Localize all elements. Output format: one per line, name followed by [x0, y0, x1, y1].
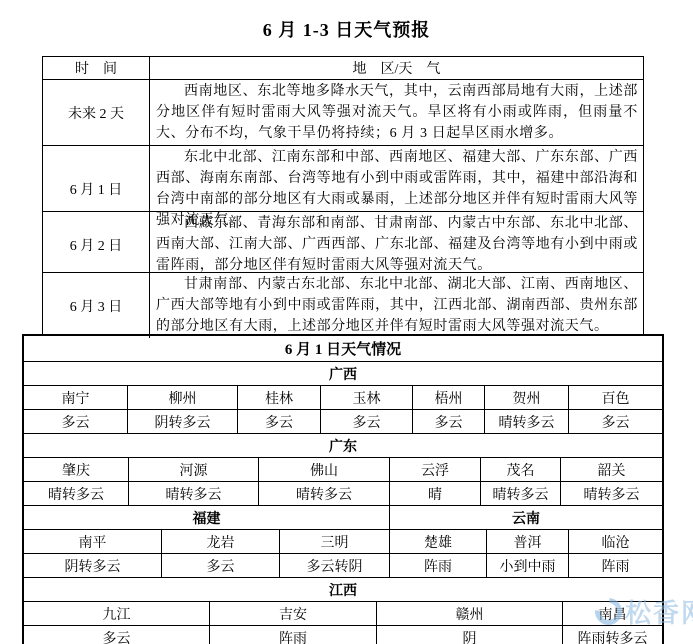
city-cell: 普洱 — [486, 530, 568, 553]
city-cell: 赣州 — [376, 602, 562, 625]
weather-cell: 多云 — [412, 410, 484, 433]
conditions-table: 6 月 1 日天气情况 广西 南宁 柳州 桂林 玉林 梧州 贺州 百色 多云 阴… — [22, 334, 664, 644]
forecast-description: 西南地区、东北等地多降水天气，其中，云南西部局地有大雨，上述部分地区伴有短时雷雨… — [149, 80, 643, 145]
city-cell: 龙岩 — [161, 530, 279, 553]
city-cell: 肇庆 — [24, 458, 128, 481]
conditions-table-title: 6 月 1 日天气情况 — [24, 336, 662, 361]
weather-cell: 阵雨转多云 — [562, 626, 662, 644]
weather-cell: 阵雨 — [568, 554, 662, 577]
city-row-guangxi: 南宁 柳州 桂林 玉林 梧州 贺州 百色 — [24, 385, 662, 409]
city-cell: 茂名 — [480, 458, 560, 481]
section-label-yunnan: 云南 — [389, 506, 662, 529]
forecast-description: 甘肃南部、内蒙古东北部、东北中北部、湖北大部、江南、西南地区、广西大部等地有小到… — [149, 273, 643, 338]
section-header-guangxi: 广西 — [24, 361, 662, 385]
forecast-description: 西藏东部、青海东部和南部、甘肃南部、内蒙古中东部、东北中北部、西南大部、江南大部… — [149, 212, 643, 277]
city-cell: 梧州 — [412, 386, 484, 409]
weather-cell: 阴转多云 — [127, 410, 237, 433]
section-label: 广西 — [24, 362, 662, 385]
weather-cell: 多云转阴 — [279, 554, 389, 577]
page-title: 6 月 1-3 日天气预报 — [0, 16, 693, 42]
weather-cell: 多云 — [320, 410, 412, 433]
forecast-header-region-weather: 地 区/天 气 — [149, 57, 643, 79]
weather-cell: 晴转多云 — [480, 482, 560, 505]
weather-cell: 多云 — [24, 410, 127, 433]
weather-row-jiangxi: 多云 阵雨 阴 阵雨转多云 — [24, 625, 662, 644]
weather-row-guangxi: 多云 阴转多云 多云 多云 多云 晴转多云 多云 — [24, 409, 662, 433]
forecast-header-time: 时 间 — [43, 57, 149, 79]
city-cell: 三明 — [279, 530, 389, 553]
city-cell: 南平 — [24, 530, 161, 553]
city-cell: 玉林 — [320, 386, 412, 409]
city-cell: 桂林 — [237, 386, 320, 409]
weather-cell: 晴转多云 — [128, 482, 258, 505]
weather-cell: 晴转多云 — [258, 482, 389, 505]
city-cell: 百色 — [568, 386, 662, 409]
weather-cell: 阵雨 — [389, 554, 486, 577]
city-cell: 河源 — [128, 458, 258, 481]
forecast-time-label: 6 月 2 日 — [43, 212, 149, 277]
city-cell: 柳州 — [127, 386, 237, 409]
city-cell: 云浮 — [389, 458, 480, 481]
weather-cell: 晴转多云 — [484, 410, 568, 433]
weather-cell: 多云 — [161, 554, 279, 577]
city-cell: 临沧 — [568, 530, 662, 553]
section-header-fujian-yunnan: 福建 云南 — [24, 505, 662, 529]
weather-row-guangdong: 晴转多云 晴转多云 晴转多云 晴 晴转多云 晴转多云 — [24, 481, 662, 505]
weather-cell: 多云 — [24, 626, 209, 644]
forecast-text: 甘肃南部、内蒙古东北部、东北中北部、湖北大部、江南、西南地区、广西大部等地有小到… — [156, 274, 638, 337]
weather-cell: 小到中雨 — [486, 554, 568, 577]
weather-cell: 晴转多云 — [560, 482, 662, 505]
city-row-guangdong: 肇庆 河源 佛山 云浮 茂名 韶关 — [24, 457, 662, 481]
forecast-table: 时 间 地 区/天 气 未来 2 天 西南地区、东北等地多降水天气，其中，云南西… — [42, 56, 644, 335]
weather-cell: 晴 — [389, 482, 480, 505]
city-cell: 贺州 — [484, 386, 568, 409]
city-cell: 楚雄 — [389, 530, 486, 553]
city-row-fujian-yunnan: 南平 龙岩 三明 楚雄 普洱 临沧 — [24, 529, 662, 553]
city-row-jiangxi: 九江 吉安 赣州 南昌 — [24, 601, 662, 625]
forecast-table-header-row: 时 间 地 区/天 气 — [43, 57, 643, 79]
weather-cell: 多云 — [568, 410, 662, 433]
city-cell: 南宁 — [24, 386, 127, 409]
weather-forecast-page: 6 月 1-3 日天气预报 时 间 地 区/天 气 未来 2 天 西南地区、东北… — [0, 0, 693, 644]
city-cell: 佛山 — [258, 458, 389, 481]
city-cell: 南昌 — [562, 602, 662, 625]
section-label: 广东 — [24, 434, 662, 457]
section-label: 江西 — [24, 578, 662, 601]
city-cell: 韶关 — [560, 458, 662, 481]
weather-cell: 晴转多云 — [24, 482, 128, 505]
section-label-fujian: 福建 — [24, 506, 389, 529]
table-row: 6 月 3 日 甘肃南部、内蒙古东北部、东北中北部、湖北大部、江南、西南地区、广… — [43, 272, 643, 334]
forecast-text: 西南地区、东北等地多降水天气，其中，云南西部局地有大雨，上述部分地区伴有短时雷雨… — [156, 81, 638, 144]
weather-row-fujian-yunnan: 阴转多云 多云 多云转阴 阵雨 小到中雨 阵雨 — [24, 553, 662, 577]
city-cell: 九江 — [24, 602, 209, 625]
forecast-time-label: 6 月 3 日 — [43, 273, 149, 338]
section-header-guangdong: 广东 — [24, 433, 662, 457]
table-row: 6 月 1 日 东北中北部、江南东部和中部、西南地区、福建大部、广东东部、广西西… — [43, 145, 643, 211]
city-cell: 吉安 — [209, 602, 376, 625]
weather-cell: 阴转多云 — [24, 554, 161, 577]
table-row: 未来 2 天 西南地区、东北等地多降水天气，其中，云南西部局地有大雨，上述部分地… — [43, 79, 643, 145]
forecast-time-label: 未来 2 天 — [43, 80, 149, 145]
section-header-jiangxi: 江西 — [24, 577, 662, 601]
weather-cell: 多云 — [237, 410, 320, 433]
table-row: 6 月 2 日 西藏东部、青海东部和南部、甘肃南部、内蒙古中东部、东北中北部、西… — [43, 211, 643, 272]
weather-cell: 阴 — [376, 626, 562, 644]
weather-cell: 阵雨 — [209, 626, 376, 644]
forecast-text: 西藏东部、青海东部和南部、甘肃南部、内蒙古中东部、东北中北部、西南大部、江南大部… — [156, 213, 638, 276]
